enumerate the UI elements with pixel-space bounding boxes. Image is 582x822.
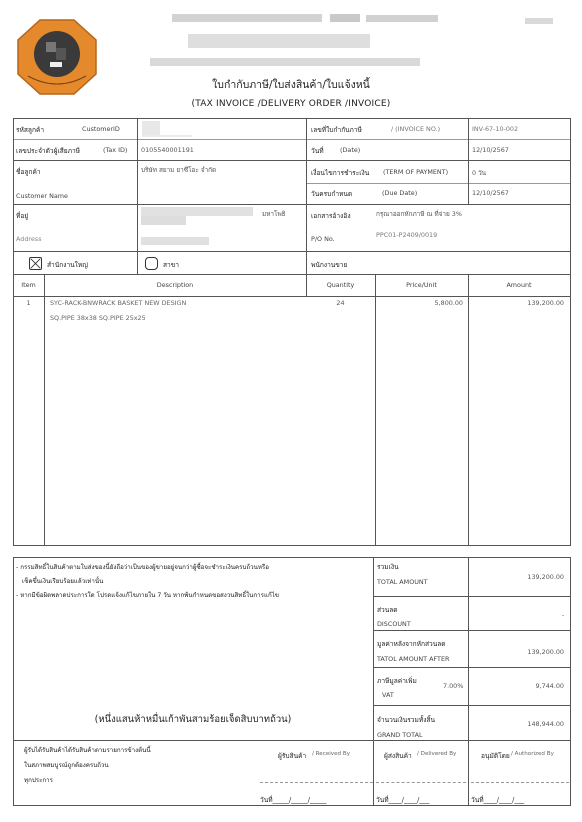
invoice-no-label-th: เลขที่ใบกำกับภาษี: [311, 124, 362, 135]
branch-checkbox[interactable]: [145, 257, 158, 270]
customer-name-label-en: Customer Name: [16, 192, 68, 200]
redacted-customer-id: [142, 121, 160, 135]
grid-line: [306, 118, 307, 297]
received-date-line[interactable]: วันที่_____/_____/_____: [260, 794, 326, 805]
customer-id-label-th: รหัสลูกค้า: [16, 124, 44, 135]
branch-label: สาขา: [163, 259, 179, 270]
grid-line: [13, 118, 14, 545]
address-tail: มหาโพธิ: [262, 209, 286, 219]
col-header-price-unit: Price/Unit: [375, 281, 468, 289]
grid-line: [373, 667, 571, 668]
row-price-unit: 5,800.00: [375, 299, 463, 307]
address-label-en: Address: [16, 235, 41, 243]
after-discount-label-en: TATOL AMOUNT AFTER: [377, 655, 449, 663]
vat-label-th: ภาษีมูลค่าเพิ่ม: [377, 675, 417, 686]
grid-line: [13, 557, 14, 805]
grid-line: [13, 160, 571, 161]
total-label-en: TOTAL AMOUNT: [377, 578, 428, 586]
total-label-th: รวมเงิน: [377, 561, 399, 572]
grand-total-label-en: GRAND TOTAL: [377, 731, 423, 739]
grid-line: [373, 630, 571, 631]
vat-label-en: VAT: [382, 691, 394, 699]
grid-line: [13, 274, 571, 275]
amount-in-words: (หนึ่งแสนห้าหมื่นเก้าพันสามร้อยเจ็ดสิบบา…: [13, 712, 373, 727]
delivered-by-label-th: ผู้ส่งสินค้า: [384, 750, 412, 761]
col-header-amount: Amount: [468, 281, 570, 289]
grid-line: [13, 204, 571, 205]
discount-label-en: DISCOUNT: [377, 620, 411, 628]
grid-line: [13, 139, 571, 140]
grid-line: [13, 296, 571, 297]
delivered-by-label-en: / Delivered By: [417, 751, 456, 757]
po-value: PPC01-P2409/0019: [376, 231, 437, 239]
grand-total-label-th: จำนวนเงินรวมทั้งสิ้น: [377, 714, 435, 725]
grid-line: [13, 251, 571, 252]
grid-line: [13, 545, 571, 546]
customer-name-value: บริษัท สยาม ยาซึโอะ จำกัด: [141, 165, 216, 175]
due-date-label-en: (Due Date): [382, 189, 417, 197]
customer-id-label-en: CustomerID: [82, 125, 120, 133]
receipt-text-2: ในสภาพสมบูรณ์ถูกต้องครบถ้วน: [24, 760, 109, 770]
col-header-item: Item: [13, 281, 44, 289]
grid-line: [375, 274, 376, 545]
row-amount: 139,200.00: [468, 299, 564, 307]
grid-line: [13, 118, 571, 119]
address-label-th: ที่อยู่: [16, 210, 28, 221]
row-quantity: 24: [306, 299, 375, 307]
head-office-label: สำนักงานใหญ่: [47, 259, 88, 270]
redacted-address: [141, 207, 253, 216]
terms-label-th: เงื่อนไขการชำระเงิน: [311, 167, 369, 178]
note-line-2: เช็คขึ้นเงินเรียบร้อยแล้วเท่านั้น: [22, 576, 103, 586]
document-title-th: ใบกำกับภาษี/ใบส่งสินค้า/ใบแจ้งหนี้: [0, 76, 582, 93]
grid-line: [137, 118, 138, 274]
grid-line: [13, 805, 571, 806]
grid-line: [13, 740, 571, 741]
after-discount-value: 139,200.00: [468, 648, 564, 656]
col-header-quantity: Quantity: [306, 281, 375, 289]
date-label-en: (Date): [340, 146, 360, 154]
redacted-address: [141, 216, 186, 225]
total-value: 139,200.00: [468, 573, 564, 581]
grid-line: [570, 118, 571, 545]
check-x-icon: [30, 258, 41, 269]
grid-line: [306, 183, 571, 184]
due-date-value: 12/10/2567: [472, 189, 509, 197]
po-label: P/O No.: [311, 235, 335, 243]
delivered-date-line[interactable]: วันที่____/____/___: [376, 794, 429, 805]
terms-value: 0 วัน: [472, 168, 486, 178]
after-discount-label-th: มูลค่าหลังจากหักส่วนลด: [377, 638, 446, 649]
date-label-th: วันที่: [311, 145, 324, 156]
taxid-value: 0105540001191: [141, 146, 194, 154]
receipt-text-1: ผู้รับได้รับสินค้าได้รับสินค้าตามรายการข…: [24, 745, 151, 755]
redacted-company-address: [188, 34, 370, 48]
grid-line: [13, 557, 571, 558]
authorized-date-line[interactable]: วันที่____/____/___: [471, 794, 524, 805]
redacted-company-name: [172, 14, 322, 22]
discount-label-th: ส่วนลด: [377, 604, 398, 615]
row-item-no: 1: [13, 299, 44, 307]
reference-label-th: เอกสารอ้างอิง: [311, 210, 351, 221]
vat-rate: 7.00%: [443, 682, 463, 690]
row-description-line2: SQ.PIPE 38x38 SQ.PIPE 25x25: [50, 314, 146, 322]
row-description-line1: SYC-RACK-BNWRACK BASKET NEW DESIGN: [50, 299, 186, 307]
taxid-label-th: เลขประจำตัวผู้เสียภาษี: [16, 145, 80, 156]
grid-line: [373, 557, 374, 805]
redacted-company-name: [330, 14, 360, 22]
invoice-no-value: INV-67-10-002: [472, 125, 518, 133]
receipt-text-3: ทุกประการ: [24, 775, 53, 785]
signature-line-delivered[interactable]: [376, 782, 466, 783]
date-value: 12/10/2567: [472, 146, 509, 154]
vat-value: 9,744.00: [468, 682, 564, 690]
grid-line: [570, 557, 571, 805]
authorized-by-label-th: อนุมัติโดย: [481, 750, 510, 761]
head-office-checkbox[interactable]: [29, 257, 42, 270]
grid-line: [373, 705, 571, 706]
taxid-label-en: (Tax ID): [103, 146, 127, 154]
note-line-1: - กรรมสิทธิ์ในสินค้าตามใบส่งของนี้ยังถือ…: [16, 562, 269, 572]
received-by-label-th: ผู้รับสินค้า: [278, 750, 306, 761]
grid-line: [468, 274, 469, 545]
invoice-no-label-en: / (INVOICE NO.): [391, 125, 440, 133]
reference-value: กรุณาออกหักภาษี ณ ที่จ่าย 3%: [376, 209, 462, 219]
redacted-company-name: [366, 15, 438, 22]
discount-value: -: [468, 611, 564, 619]
grid-line: [468, 557, 469, 805]
document-title-en: (TAX INVOICE /DELIVERY ORDER /INVOICE): [0, 99, 582, 109]
terms-label-en: (TERM OF PAYMENT): [383, 168, 448, 176]
authorized-by-label-en: / Authorized By: [511, 751, 554, 757]
signature-line-authorized[interactable]: [471, 782, 569, 783]
col-header-description: Description: [44, 281, 306, 289]
redacted-company-id: [525, 18, 553, 24]
due-date-label-th: วันครบกำหนด: [311, 188, 352, 199]
grand-total-value: 148,944.00: [468, 720, 564, 728]
note-line-3: - หากมีข้อผิดพลาดประการใด โปรดแจ้งแก้ไขภ…: [16, 590, 279, 600]
salesperson-label: พนักงานขาย: [311, 259, 347, 270]
grid-line: [373, 596, 571, 597]
redacted-company-contact: [150, 58, 420, 66]
grid-line: [44, 274, 45, 545]
customer-name-label-th: ชื่อลูกค้า: [16, 166, 41, 177]
redacted-customer-id: [142, 135, 192, 137]
redacted-address: [141, 237, 209, 245]
signature-line-received[interactable]: [260, 782, 373, 783]
grid-line: [468, 118, 469, 204]
received-by-label-en: / Received By: [312, 751, 350, 757]
